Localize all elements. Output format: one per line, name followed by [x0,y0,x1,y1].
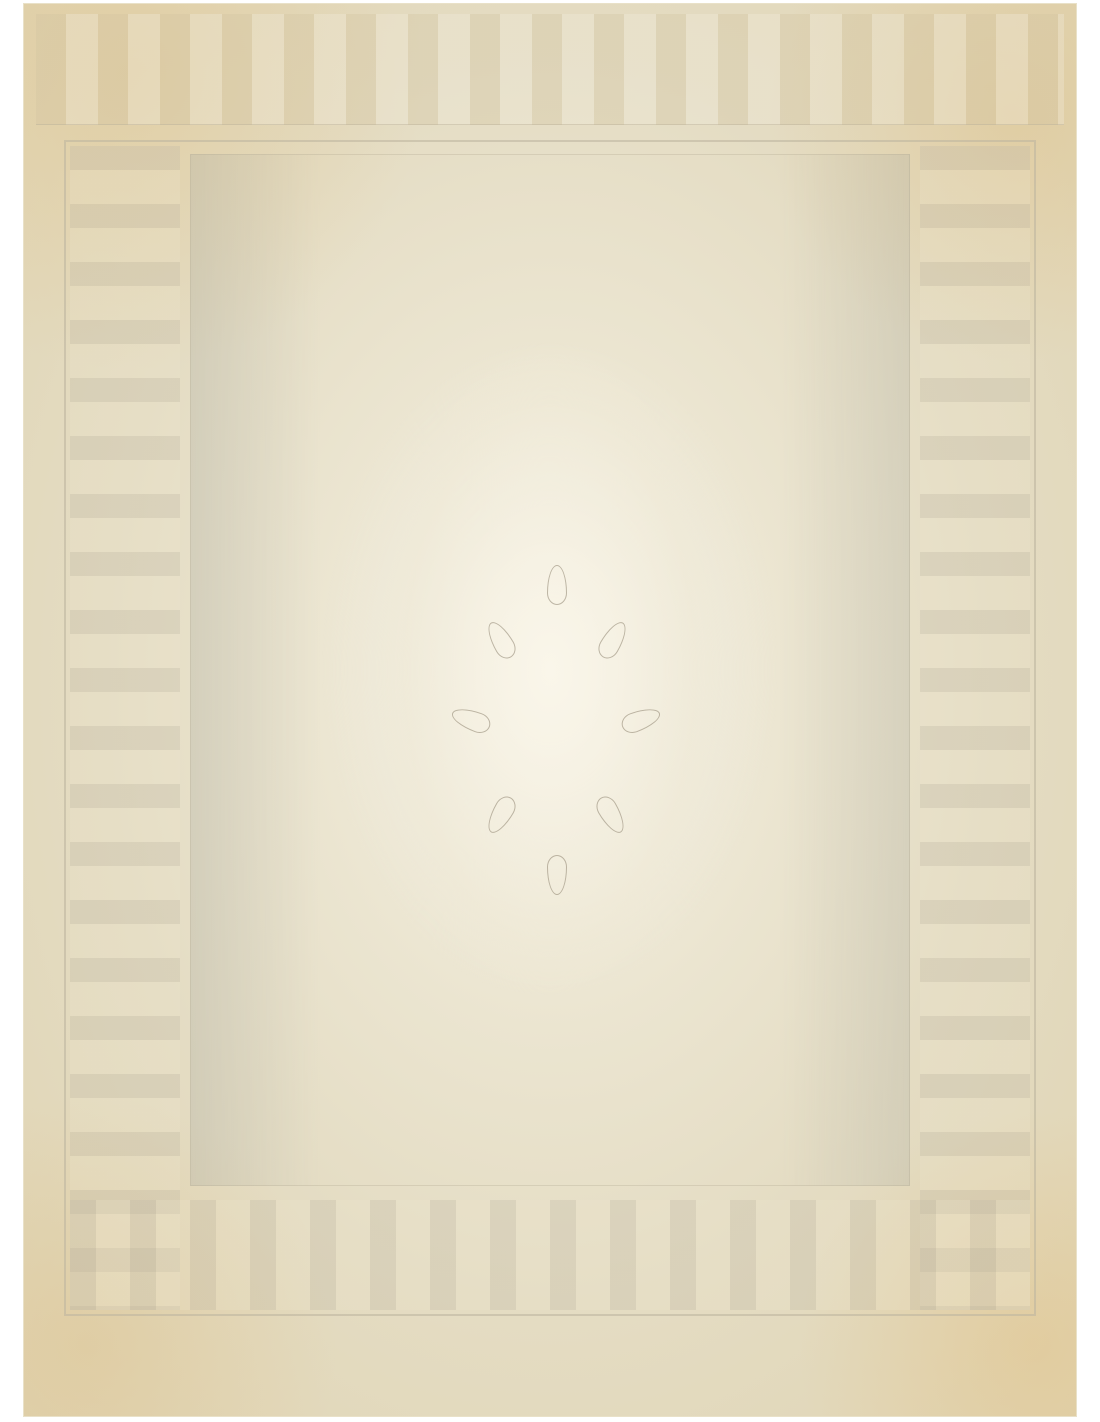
rug-photo [24,4,1076,1416]
rug-right-border-band [920,146,1030,1310]
rug-left-border-band [70,146,180,1310]
rug-top-guard-border [36,14,1064,125]
rug-medallion [380,350,720,990]
rug-field [190,154,910,1186]
rug-bottom-border-band [70,1200,1030,1310]
